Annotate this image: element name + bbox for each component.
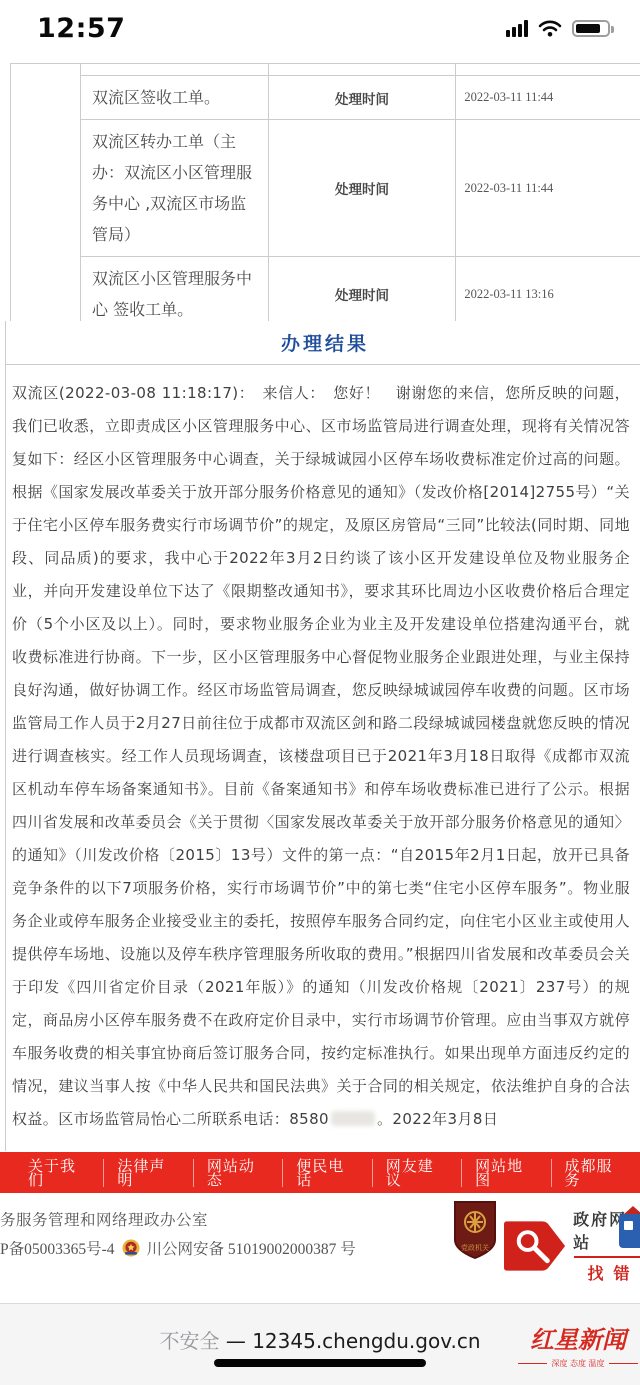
url-separator: — (219, 1329, 252, 1353)
nav-link-phones[interactable]: 便民电话 (283, 1159, 372, 1187)
news-watermark: 红星新闻 深度 态度 温度 (518, 1320, 638, 1369)
redacted-phone-digits (331, 1111, 375, 1126)
police-badge-icon (122, 1239, 140, 1257)
table-row: 双流区转办工单（主办：双流区小区管理服务中心 ,双流区市场监管局） 处理时间 2… (11, 120, 640, 257)
nav-link-sitemap[interactable]: 网站地图 (462, 1159, 551, 1187)
time-value: 2022-03-11 11:44 (456, 76, 640, 120)
table-row-partial (11, 64, 640, 76)
site-footer: 务服务管理和网络理政办公室 P备05003365号-4 川公网安备 510190… (0, 1193, 640, 1303)
svg-text:党政机关: 党政机关 (461, 1243, 489, 1252)
government-badge-icon: 党政机关 (453, 1200, 497, 1260)
footer-nav-bar: 关于我们 法律声明 网站动态 便民电话 网友建议 网站地图 成都服务 (0, 1152, 640, 1193)
status-icons (506, 20, 610, 37)
row-description: 双流区转办工单（主办：双流区小区管理服务中心 ,双流区市场监管局） (81, 120, 269, 257)
nav-link-services[interactable]: 成都服务 (552, 1159, 640, 1187)
footer-icp-text: P备05003365号-4 (0, 1237, 115, 1259)
time-value: 2022-03-11 11:44 (456, 120, 640, 257)
status-time: 12:57 (37, 13, 125, 44)
mobile-browser-page: 12:57 双流区签收工单。 处 (0, 0, 640, 1385)
tagline-text: 深度 态度 温度 (551, 1358, 604, 1369)
mascot-icon (619, 1206, 640, 1252)
tagline-rule-left (518, 1363, 547, 1364)
result-body-text: 双流区(2022-03-08 11:18:17)： 来信人： 您好！ 谢谢您的来… (12, 384, 630, 1128)
battery-nub (611, 26, 615, 33)
footer-legal-line: P备05003365号-4 川公网安备 51019002000387 号 (0, 1237, 356, 1259)
nav-link-suggestions[interactable]: 网友建议 (373, 1159, 462, 1187)
error-badge-subtitle: 找错 (578, 1261, 640, 1284)
watermark-name: 红星新闻 (518, 1320, 638, 1355)
nav-link-legal[interactable]: 法律声明 (104, 1159, 193, 1187)
error-badge-divider (574, 1256, 640, 1258)
battery-level (576, 24, 600, 33)
footer-office-text: 务服务管理和网络理政办公室 (0, 1208, 208, 1230)
time-label: 处理时间 (268, 76, 456, 120)
error-badge-flag-icon (504, 1221, 565, 1271)
status-bar: 12:57 (0, 0, 640, 60)
url-text: 12345.chengdu.gov.cn (252, 1329, 480, 1353)
footer-police-text: 川公网安备 51019002000387 号 (147, 1237, 356, 1259)
result-section: 办理结果 双流区(2022-03-08 11:18:17)： 来信人： 您好！ … (5, 321, 640, 1151)
nav-link-about[interactable]: 关于我们 (28, 1159, 104, 1187)
battery-icon (572, 20, 610, 37)
time-label: 处理时间 (268, 120, 456, 257)
table-row: 双流区签收工单。 处理时间 2022-03-11 11:44 (11, 76, 640, 120)
row-description: 双流区签收工单。 (81, 76, 269, 120)
watermark-tagline: 深度 态度 温度 (518, 1358, 638, 1369)
result-body-suffix: 。2022年3月8日 (377, 1110, 498, 1128)
wifi-icon (538, 20, 562, 37)
home-indicator[interactable] (214, 1359, 426, 1367)
tagline-rule-right (609, 1363, 638, 1364)
result-heading: 办理结果 (6, 321, 640, 365)
security-label: 不安全 (159, 1329, 219, 1353)
result-body: 双流区(2022-03-08 11:18:17)： 来信人： 您好！ 谢谢您的来… (6, 365, 635, 1151)
cellular-signal-icon (506, 20, 528, 37)
nav-link-site-news[interactable]: 网站动态 (194, 1159, 283, 1187)
